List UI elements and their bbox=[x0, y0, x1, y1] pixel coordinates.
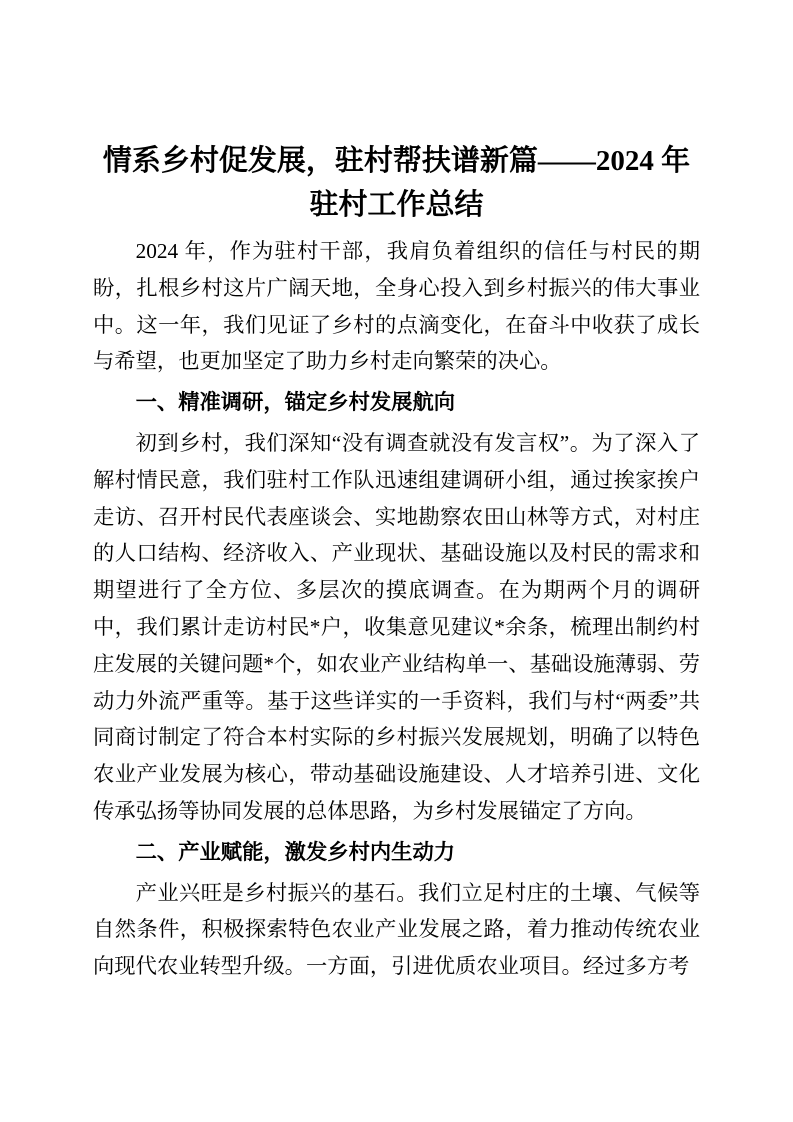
section-heading-2: 二、产业赋能，激发乡村内生动力 bbox=[93, 834, 700, 871]
paragraph-section-2: 产业兴旺是乡村振兴的基石。我们立足村庄的土壤、气候等自然条件，积极探索特色农业产… bbox=[93, 875, 700, 985]
document-title: 情系乡村促发展，驻村帮扶谱新篇——2024 年驻村工作总结 bbox=[93, 139, 700, 227]
paragraph-intro: 2024 年，作为驻村干部，我肩负着组织的信任与村民的期盼，扎根乡村这片广阔天地… bbox=[93, 233, 700, 380]
document-page: 情系乡村促发展，驻村帮扶谱新篇——2024 年驻村工作总结 2024 年，作为驻… bbox=[0, 0, 793, 1122]
section-heading-1: 一、精准调研，锚定乡村发展航向 bbox=[93, 384, 700, 421]
paragraph-section-1: 初到乡村，我们深知“没有调查就没有发言权”。为了深入了解村情民意，我们驻村工作队… bbox=[93, 425, 700, 830]
